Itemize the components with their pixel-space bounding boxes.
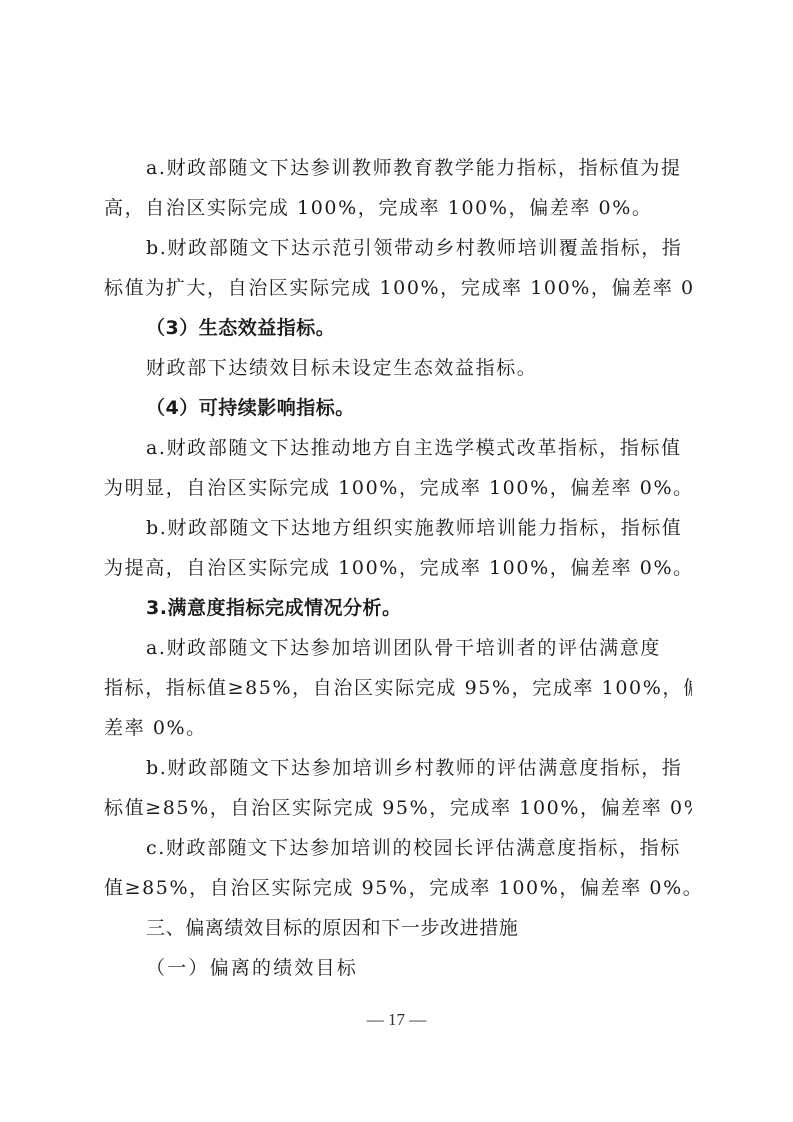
text-line: b.财政部随文下达地方组织实施教师培训能力指标，指标值 [104,508,692,548]
text-line: 为提高，自治区实际完成 100%，完成率 100%，偏差率 0%。 [104,548,692,588]
document-body: a.财政部随文下达参训教师教育教学能力指标，指标值为提 高，自治区实际完成 10… [104,148,692,988]
text-line: a.财政部随文下达参加培训团队骨干培训者的评估满意度 [104,628,692,668]
paragraph-rural-coverage: b.财政部随文下达示范引领带动乡村教师培训覆盖指标，指 标值为扩大，自治区实际完… [104,228,692,308]
section-heading-deviation: 三、偏离绩效目标的原因和下一步改进措施 [104,908,692,948]
text-line: 差率 0%。 [104,708,692,748]
text-line: 指标，指标值≥85%，自治区实际完成 95%，完成率 100%，偏 [104,668,692,708]
subheading-ecological: （3）生态效益指标。 [104,308,692,348]
page-number: — 17 — [0,1010,793,1030]
paragraph-reform: a.财政部随文下达推动地方自主选学模式改革指标，指标值 为明显，自治区实际完成 … [104,428,692,508]
paragraph-satisfaction-trainers: a.财政部随文下达参加培训团队骨干培训者的评估满意度 指标，指标值≥85%，自治… [104,628,692,748]
subsection-heading-deviated-targets: （一）偏离的绩效目标 [104,948,692,988]
text-line: 高，自治区实际完成 100%，完成率 100%，偏差率 0%。 [104,188,692,228]
paragraph-ecological: 财政部下达绩效目标未设定生态效益指标。 [104,348,692,388]
paragraph-satisfaction-principals: c.财政部随文下达参加培训的校园长评估满意度指标，指标 值≥85%，自治区实际完… [104,828,692,908]
subheading-satisfaction: 3.满意度指标完成情况分析。 [104,588,692,628]
text-line: 标值≥85%，自治区实际完成 95%，完成率 100%，偏差率 0%。 [104,788,692,828]
text-line: 标值为扩大，自治区实际完成 100%，完成率 100%，偏差率 0%。 [104,268,692,308]
text-line: 值≥85%，自治区实际完成 95%，完成率 100%，偏差率 0%。 [104,868,692,908]
text-line: c.财政部随文下达参加培训的校园长评估满意度指标，指标 [104,828,692,868]
subheading-sustainability: （4）可持续影响指标。 [104,388,692,428]
paragraph-satisfaction-rural-teachers: b.财政部随文下达参加培训乡村教师的评估满意度指标，指 标值≥85%，自治区实际… [104,748,692,828]
text-line: 财政部下达绩效目标未设定生态效益指标。 [104,348,692,388]
text-line: a.财政部随文下达参训教师教育教学能力指标，指标值为提 [104,148,692,188]
paragraph-local-capacity: b.财政部随文下达地方组织实施教师培训能力指标，指标值 为提高，自治区实际完成 … [104,508,692,588]
text-line: b.财政部随文下达参加培训乡村教师的评估满意度指标，指 [104,748,692,788]
text-line: 为明显，自治区实际完成 100%，完成率 100%，偏差率 0%。 [104,468,692,508]
text-line: b.财政部随文下达示范引领带动乡村教师培训覆盖指标，指 [104,228,692,268]
paragraph-training-capability: a.财政部随文下达参训教师教育教学能力指标，指标值为提 高，自治区实际完成 10… [104,148,692,228]
text-line: a.财政部随文下达推动地方自主选学模式改革指标，指标值 [104,428,692,468]
